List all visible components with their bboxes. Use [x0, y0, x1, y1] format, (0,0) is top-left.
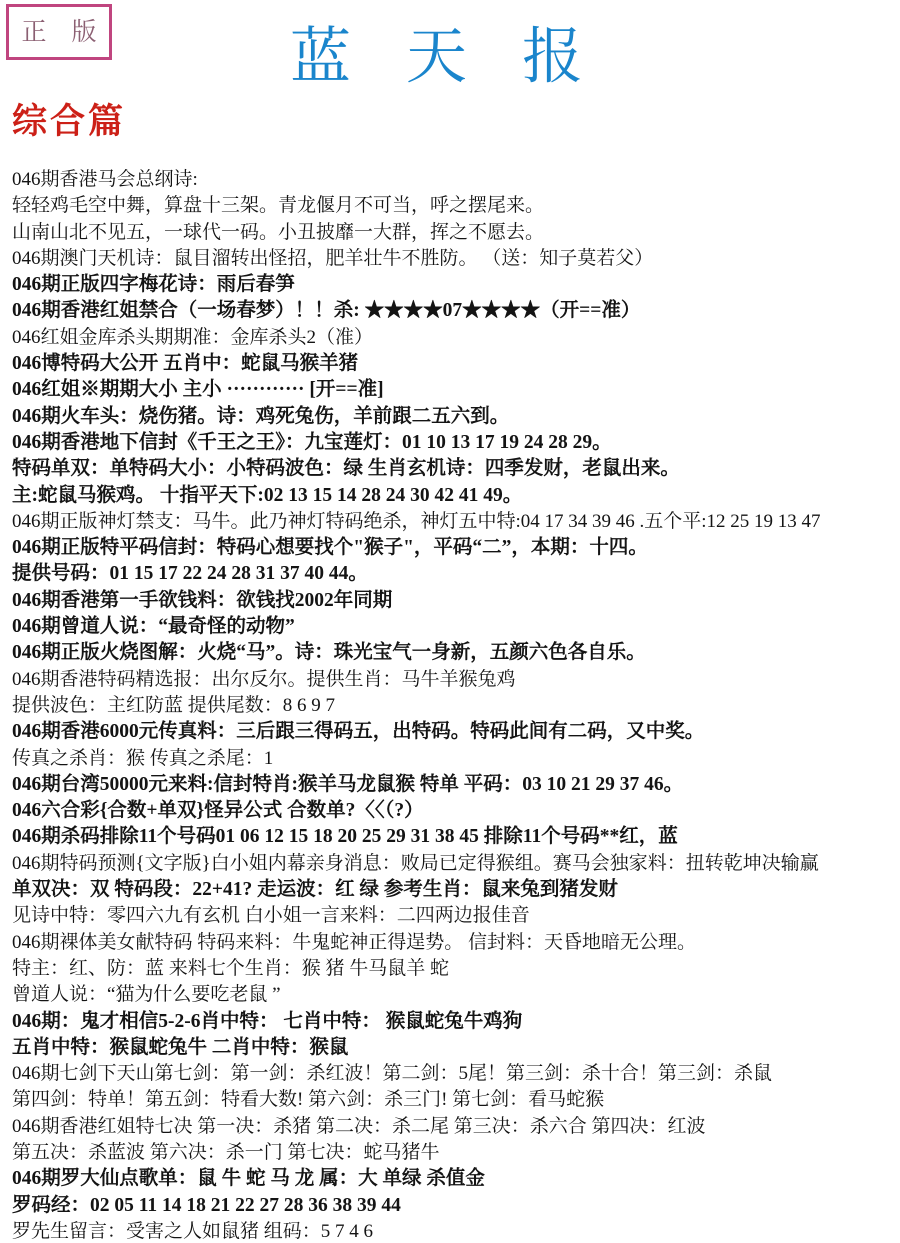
body-line: 罗先生留言：受害之人如鼠猪 组码：5 7 4 6	[12, 1219, 900, 1243]
body-line: 046期特码预测{文字版}白小姐内幕亲身消息：败局已定得猴组。赛马会独家料：扭转…	[12, 851, 900, 877]
body-line: 见诗中特：零四六九有玄机 白小姐一言来料：二四两边报佳音	[12, 903, 900, 929]
body-line: 046期澳门天机诗：鼠目溜转出怪招，肥羊壮牛不胜防。 （送：知子莫若父）	[12, 246, 900, 272]
body-line: 046期台湾50000元来料:信封特肖:猴羊马龙鼠猴 特单 平码：03 10 2…	[12, 772, 900, 798]
body-line: 提供波色：主红防蓝 提供尾数：8 6 9 7	[12, 693, 900, 719]
body-line: 046期正版特平码信封：特码心想要找个"猴子"，平码“二”，本期：十四。	[12, 535, 900, 561]
body-line: 046期香港第一手欲钱料：欲钱找2002年同期	[12, 588, 900, 614]
body-line: 046六合彩{合数+单双}怪异公式 合数单?〈〈（?）	[12, 798, 900, 824]
body-line: 046期香港地下信封《千王之王》：九宝莲灯：01 10 13 17 19 24 …	[12, 430, 900, 456]
body-line: 046期香港马会总纲诗:	[12, 167, 900, 193]
body-line: 046期：鬼才相信5-2-6肖中特： 七肖中特： 猴鼠蛇兔牛鸡狗	[12, 1009, 900, 1035]
body-line: 曾道人说：“猫为什么要吃老鼠 ”	[12, 982, 900, 1008]
body-line: 046期火车头：烧伤猪。诗：鸡死兔伤，羊前跟二五六到。	[12, 404, 900, 430]
body-line: 046红姐※期期大小 主小 ············ [开==准]	[12, 377, 900, 403]
body-line: 046期香港红姐禁合（一场春梦）！！杀: ★★★★07★★★★（开==准）	[12, 298, 900, 324]
body-line: 轻轻鸡毛空中舞，算盘十三架。青龙偃月不可当，呼之摆尾来。	[12, 193, 900, 219]
body-line: 046期曾道人说：“最奇怪的动物”	[12, 614, 900, 640]
body-line: 山南山北不见五，一球代一码。小丑披靡一大群，挥之不愿去。	[12, 220, 900, 246]
body-line: 046期香港红姐特七决 第一决：杀猪 第二决：杀二尾 第三决：杀六合 第四决：红…	[12, 1114, 900, 1140]
body-line: 046期七剑下天山第七剑：第一剑：杀红波！第二剑：5尾！第三剑：杀十合！第三剑：…	[12, 1061, 900, 1087]
body-line: 五肖中特：猴鼠蛇兔牛 二肖中特：猴鼠	[12, 1035, 900, 1061]
body-line: 046期杀码排除11个号码01 06 12 15 18 20 25 29 31 …	[12, 824, 900, 850]
body-line: 罗码经：02 05 11 14 18 21 22 27 28 36 38 39 …	[12, 1193, 900, 1219]
body-line: 单双决：双 特码段：22+41? 走运波：红 绿 参考生肖：鼠来兔到猪发财	[12, 877, 900, 903]
body-line: 046期裸体美女献特码 特码来料：牛鬼蛇神正得逞势。 信封料：天昏地暗无公理。	[12, 930, 900, 956]
body-line: 提供号码：01 15 17 22 24 28 31 37 40 44。	[12, 561, 900, 587]
body-line: 046博特码大公开 五肖中：蛇鼠马猴羊猪	[12, 351, 900, 377]
body-lines: 046期香港马会总纲诗:轻轻鸡毛空中舞，算盘十三架。青龙偃月不可当，呼之摆尾来。…	[12, 167, 900, 1243]
section-heading: 综合篇	[12, 94, 126, 144]
page-title: 蓝天报	[0, 8, 900, 95]
body-line: 046期罗大仙点歌单：鼠 牛 蛇 马 龙 属：大 单绿 杀值金	[12, 1166, 900, 1192]
body-line: 第四剑：特单！第五剑：特看大数! 第六剑：杀三门! 第七剑：看马蛇猴	[12, 1087, 900, 1113]
body-line: 特主：红、防：蓝 来料七个生肖：猴 猪 牛马鼠羊 蛇	[12, 956, 900, 982]
body-line: 046期正版四字梅花诗：雨后春笋	[12, 272, 900, 298]
body-line: 046期香港特码精选报：出尔反尔。提供生肖：马牛羊猴兔鸡	[12, 667, 900, 693]
body-line: 第五决：杀蓝波 第六决：杀一门 第七决：蛇马猪牛	[12, 1140, 900, 1166]
body-line: 046期香港6000元传真料：三后跟三得码五，出特码。特码此间有二码，又中奖。	[12, 719, 900, 745]
body-line: 046期正版神灯禁支：马牛。此乃神灯特码绝杀，神灯五中特:04 17 34 39…	[12, 509, 900, 535]
body-line: 046期正版火烧图解：火烧“马”。诗：珠光宝气一身新，五颜六色各自乐。	[12, 640, 900, 666]
body-line: 046红姐金库杀头期期准：金库杀头2（准）	[12, 325, 900, 351]
body-line: 特码单双：单特码大小：小特码波色：绿 生肖玄机诗：四季发财，老鼠出来。	[12, 456, 900, 482]
body-line: 传真之杀肖：猴 传真之杀尾：1	[12, 746, 900, 772]
body-line: 主:蛇鼠马猴鸡。 十指平天下:02 13 15 14 28 24 30 42 4…	[12, 483, 900, 509]
